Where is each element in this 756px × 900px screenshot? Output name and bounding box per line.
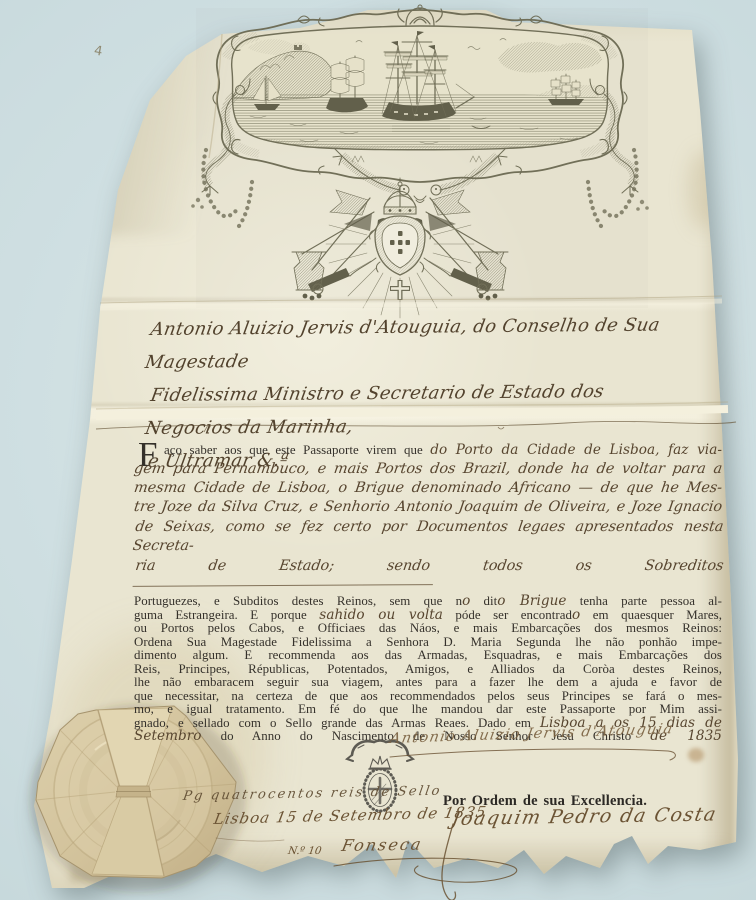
- text-segment: em quaesquer Mares,: [580, 608, 722, 622]
- passport-body-text: aço saber aos que este Passaporte virem …: [134, 441, 722, 744]
- text-segment: lhe não embaracem seguir sua viagem, ant…: [134, 675, 722, 689]
- text-segment: do Porto da Cidade de Lisboa, faz via-: [430, 442, 722, 458]
- passport-text-line: que necessitar, na certeza de que aos re…: [134, 690, 722, 704]
- text-segment: dit: [470, 594, 497, 608]
- photograph-of-passport: 4 Antonio Aluizio Jervis d'Atouguia, do …: [0, 0, 756, 900]
- passport-text-line: ou Portos pelos Cabos, e Officiaes das N…: [134, 622, 722, 636]
- text-segment: aço saber aos que este Passaporte virem …: [164, 443, 430, 457]
- passport-text-line: de Seixas, como se fez certo por Documen…: [131, 518, 724, 557]
- passport-text-line: Reis, Principes, Républicas, Potentados,…: [134, 663, 722, 677]
- fold-shadow-top-left: [95, 30, 240, 235]
- inked-rule: [132, 582, 433, 587]
- text-segment: Reis, Principes, Républicas, Potentados,…: [134, 662, 722, 676]
- registry-number: N.º 10: [287, 845, 322, 857]
- script-line: Fidelissima Ministro e Secretario de Est…: [142, 374, 676, 445]
- passport-text-line: Ordena Sua Magestade Fidelissima a Senho…: [134, 636, 722, 650]
- passport-text-line: gem para Pernambuco, e mais Portos dos B…: [133, 460, 724, 479]
- text-segment: tre Joze da Silva Cruz, e Senhorio Anton…: [133, 499, 723, 515]
- text-segment: guma Estrangeira. E porque: [134, 608, 319, 622]
- text-segment: póde ser encontrad: [443, 608, 572, 622]
- text-segment: ria de Estado; sendo todos os Sobreditos: [134, 558, 724, 574]
- passport-text-line: tre Joze da Silva Cruz, e Senhorio Anton…: [133, 498, 724, 517]
- text-segment: Setembro: [134, 728, 202, 744]
- text-segment: Ordena Sua Magestade Fidelissima a Senho…: [134, 635, 722, 649]
- passport-text-line: guma Estrangeira. E porque sahido ou vol…: [134, 609, 722, 623]
- passport-text-line: aço saber aos que este Passaporte virem …: [134, 441, 722, 460]
- registrar-signature: Fonseca: [340, 835, 424, 855]
- passport-text-line: mesma Cidade de Lisboa, o Brigue denomin…: [133, 479, 724, 498]
- script-line: Antonio Aluizio Jervis d'Atouguia, do Co…: [142, 308, 676, 379]
- passport-text-line: ria de Estado; sendo todos os Sobreditos: [131, 557, 724, 596]
- text-segment: ou Portos pelos Cabos, e Officiaes das N…: [134, 621, 722, 635]
- aging-spot: [688, 150, 720, 230]
- text-segment: de Seixas, como se fez certo por Documen…: [132, 519, 725, 554]
- text-segment: gem para Pernambuco, e mais Portos dos B…: [133, 461, 723, 477]
- aging-spot: [688, 748, 704, 762]
- official-signature: Joaquim Pedro da Costa: [450, 803, 719, 830]
- text-segment: tenha parte pessoa al-: [567, 594, 723, 608]
- text-segment: dimento algum. E recommenda aos das Arma…: [134, 648, 722, 662]
- passport-text-line: dimento algum. E recommenda aos das Arma…: [134, 649, 722, 663]
- passport-text-line: lhe não embaracem seguir sua viagem, ant…: [134, 676, 722, 690]
- text-segment: que necessitar, na certeza de que aos re…: [134, 689, 722, 703]
- text-segment: mesma Cidade de Lisboa, o Brigue denomin…: [133, 480, 723, 496]
